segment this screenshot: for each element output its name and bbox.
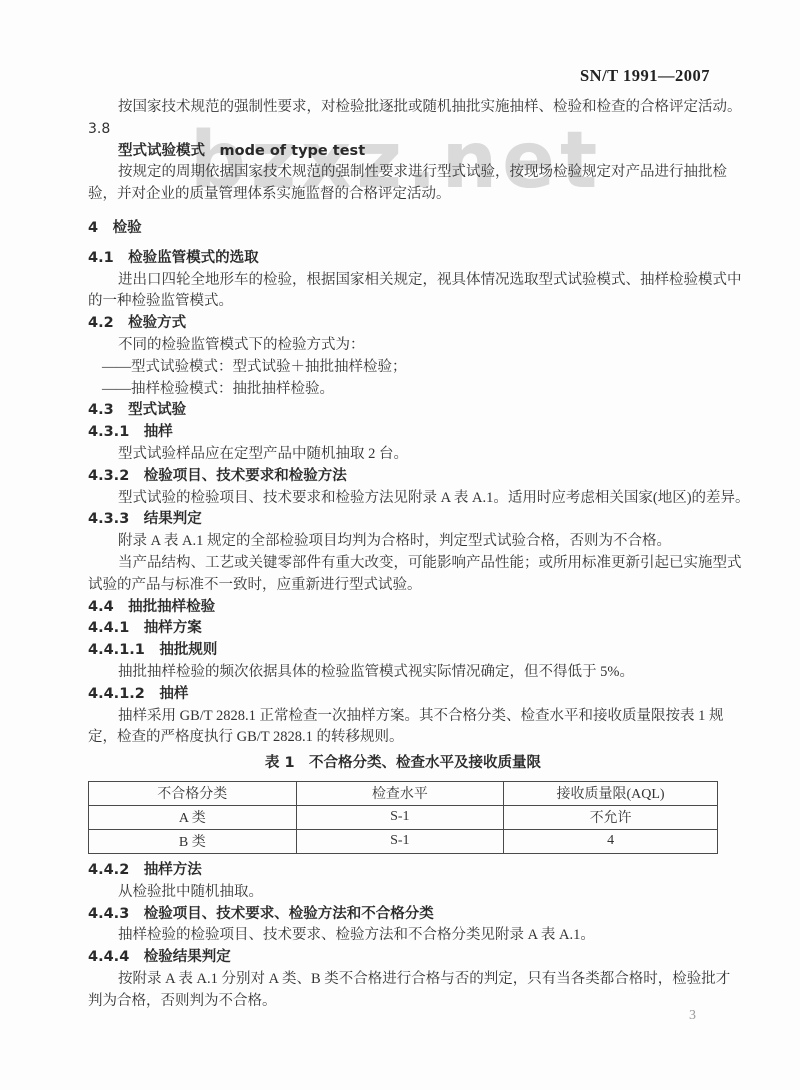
- table-title: 表 1 不合格分类、检查水平及接收质量限: [88, 753, 718, 775]
- table-cell: S-1: [296, 829, 504, 853]
- table-cell: S-1: [296, 805, 504, 829]
- paragraph-line: 型式试验样品应在定型产品中随机抽取 2 台。: [88, 444, 718, 466]
- clause-heading: 4.4.3 检验项目、技术要求、检验方法和不合格分类: [88, 904, 718, 926]
- table-row: B 类 S-1 4: [89, 829, 718, 853]
- paragraph-line: 定，检查的严格度执行 GB/T 2828.1 的转移规则。: [88, 727, 718, 749]
- paragraph-line: 按附录 A 表 A.1 分别对 A 类、B 类不合格进行合格与否的判定，只有当各…: [88, 969, 718, 991]
- paragraph-line: 附录 A 表 A.1 规定的全部检验项目均判为合格时，判定型式试验合格，否则为不…: [88, 531, 718, 553]
- table-aql: 不合格分类 检查水平 接收质量限(AQL) A 类 S-1 不允许 B 类 S-…: [88, 781, 718, 854]
- paragraph-line: 的一种检验监管模式。: [88, 291, 718, 313]
- table-header-row: 不合格分类 检查水平 接收质量限(AQL): [89, 781, 718, 805]
- clause-heading: 4.3.1 抽样: [88, 422, 718, 444]
- clause-heading: 4.3.3 结果判定: [88, 509, 718, 531]
- clause-heading: 4.3 型式试验: [88, 400, 718, 422]
- paragraph-line: 抽批抽样检验的频次依据具体的检验监管模式视实际情况确定，但不得低于 5%。: [88, 662, 718, 684]
- page-number: 3: [689, 1008, 696, 1024]
- standard-number-header: SN/T 1991—2007: [580, 66, 710, 86]
- paragraph-line: 验，并对企业的质量管理体系实施监督的合格评定活动。: [88, 184, 718, 206]
- paragraph-line: 从检验批中随机抽取。: [88, 882, 718, 904]
- clause-heading: 4.4 抽批抽样检验: [88, 597, 718, 619]
- document-body: 按国家技术规范的强制性要求，对检验批逐批或随机抽批实施抽样、检验和检查的合格评定…: [88, 97, 718, 1012]
- table-header-cell: 不合格分类: [89, 781, 297, 805]
- table-cell: 4: [504, 829, 718, 853]
- paragraph-line: 试验的产品与标准不一致时，应重新进行型式试验。: [88, 575, 718, 597]
- paragraph-line: 按规定的周期依据国家技术规范的强制性要求进行型式试验，按现场检验规定对产品进行抽…: [88, 162, 718, 184]
- table-cell: A 类: [89, 805, 297, 829]
- document-page: bzxz.net SN/T 1991—2007 按国家技术规范的强制性要求，对检…: [0, 0, 800, 1090]
- clause-heading: 4.4.2 抽样方法: [88, 860, 718, 882]
- clause-heading: 4.2 检验方式: [88, 313, 718, 335]
- paragraph-line: 型式试验的检验项目、技术要求和检验方法见附录 A 表 A.1。适用时应考虑相关国…: [88, 488, 718, 510]
- clause-heading: 4.4.4 检验结果判定: [88, 947, 718, 969]
- clause-heading: 4.4.1.1 抽批规则: [88, 640, 718, 662]
- paragraph-line: 抽样采用 GB/T 2828.1 正常检查一次抽样方案。其不合格分类、检查水平和…: [88, 706, 718, 728]
- clause-heading: 4.3.2 检验项目、技术要求和检验方法: [88, 466, 718, 488]
- table-header-cell: 接收质量限(AQL): [504, 781, 718, 805]
- paragraph-line: 判为合格，否则判为不合格。: [88, 991, 718, 1013]
- clause-heading: 4.1 检验监管模式的选取: [88, 248, 718, 270]
- dash-list-item: ——抽样检验模式：抽批抽样检验。: [88, 379, 718, 401]
- paragraph-line: 按国家技术规范的强制性要求，对检验批逐批或随机抽批实施抽样、检验和检查的合格评定…: [88, 97, 718, 119]
- dash-list-item: ——型式试验模式：型式试验＋抽批抽样检验；: [88, 357, 718, 379]
- clause-heading: 4 检验: [88, 218, 718, 240]
- table-header-cell: 检查水平: [296, 781, 504, 805]
- paragraph-line: 进出口四轮全地形车的检验，根据国家相关规定，视具体情况选取型式试验模式、抽样检验…: [88, 270, 718, 292]
- table-cell: B 类: [89, 829, 297, 853]
- clause-heading: 4.4.1.2 抽样: [88, 684, 718, 706]
- clause-number: 3.8: [88, 119, 718, 141]
- paragraph-line: 当产品结构、工艺或关键零部件有重大改变，可能影响产品性能；或所用标准更新引起已实…: [88, 553, 718, 575]
- table-cell: 不允许: [504, 805, 718, 829]
- table-row: A 类 S-1 不允许: [89, 805, 718, 829]
- term-definition-heading: 型式试验模式 mode of type test: [88, 141, 718, 163]
- clause-heading: 4.4.1 抽样方案: [88, 618, 718, 640]
- paragraph-line: 抽样检验的检验项目、技术要求、检验方法和不合格分类见附录 A 表 A.1。: [88, 925, 718, 947]
- paragraph-line: 不同的检验监管模式下的检验方式为：: [88, 335, 718, 357]
